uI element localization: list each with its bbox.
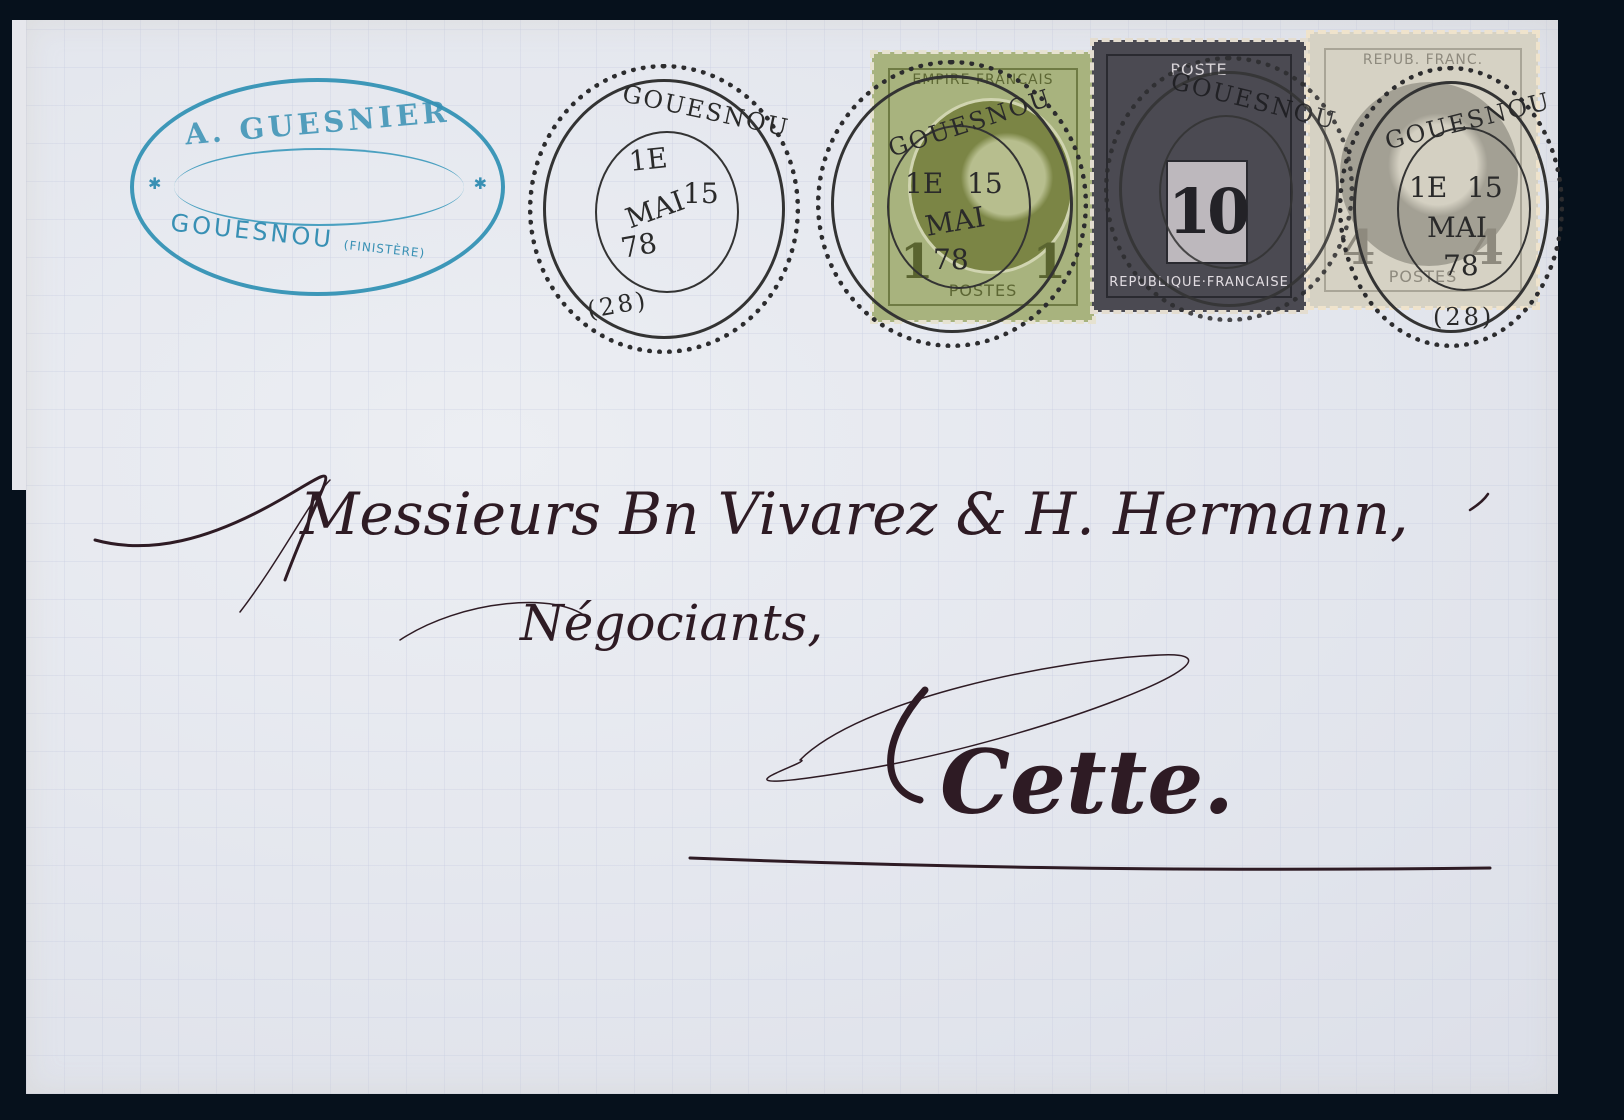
stamp-top-text: REPUB. FRANC. bbox=[1314, 52, 1532, 68]
postmark-cancel: GOUESNOU 1E 15 MAI 78 bbox=[816, 60, 1088, 348]
address-line-addressee: Messieurs Bn Vivarez & H. Hermann, bbox=[300, 480, 1409, 548]
postmark-inner-ring bbox=[1159, 115, 1293, 269]
postmark-collection: 1E bbox=[905, 167, 943, 200]
postmark-year: 78 bbox=[933, 243, 969, 276]
postmark-cancel: GOUESNOU 1E 15 MAI 78 (28) bbox=[528, 64, 800, 354]
cachet-department: (FINISTÈRE) bbox=[343, 238, 426, 260]
star-icon: ✱ bbox=[148, 174, 161, 193]
postmark-cancel: GOUESNOU 1E 15 MAI 78 (28) bbox=[1338, 66, 1564, 348]
star-icon: ✱ bbox=[474, 174, 487, 193]
company-cachet: A. GUESNIER ✱ ✱ GOUESNOU (FINISTÈRE) bbox=[130, 78, 505, 296]
postmark-collection: 1E bbox=[1409, 171, 1447, 204]
postmark-year: 78 bbox=[618, 226, 659, 265]
postmark-day: 15 bbox=[683, 177, 719, 210]
postmark-cancel: GOUESNOU bbox=[1104, 56, 1354, 322]
postmark-collection: 1E bbox=[627, 141, 669, 178]
address-line-city: Cette. bbox=[940, 730, 1234, 834]
postmark-day: 15 bbox=[967, 167, 1003, 200]
postmark-year: 78 bbox=[1443, 249, 1479, 282]
postmark-dept-code: (28) bbox=[1433, 303, 1494, 331]
postmark-month: MAI bbox=[1427, 211, 1487, 244]
postmark-day: 15 bbox=[1467, 171, 1503, 204]
address-line-occupation: Négociants, bbox=[520, 594, 823, 652]
